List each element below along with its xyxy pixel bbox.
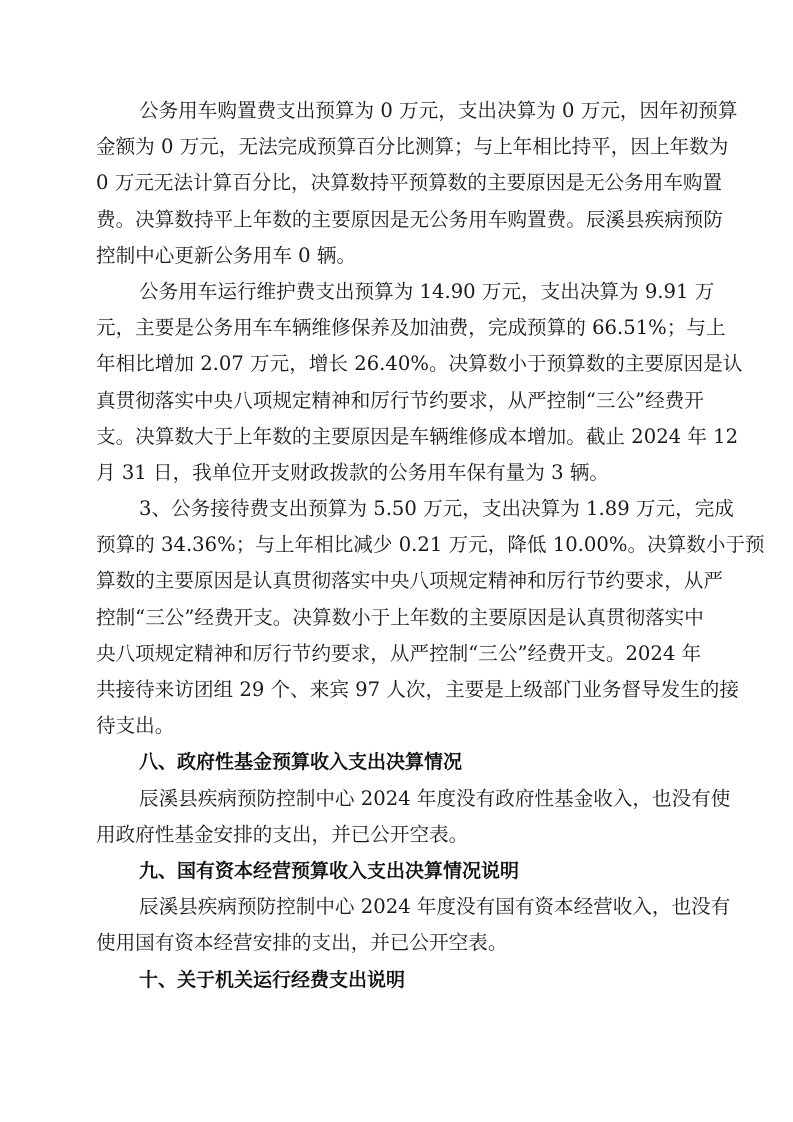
paragraph-vehicle-purchase: 公务用车购置费支出预算为 0 万元，支出决算为 0 万元，因年初预算 金额为 0…	[96, 93, 698, 274]
text-line: 控制“三公”经费开支。决算数小于上年数的主要原因是认真贯彻落实中	[96, 600, 698, 636]
text-line: 用政府性基金安排的支出，并已公开空表。	[96, 817, 698, 853]
paragraph-state-capital: 辰溪县疾病预防控制中心 2024 年度没有国有资本经营收入，也没有 使用国有资本…	[96, 889, 698, 961]
text-line: 辰溪县疾病预防控制中心 2024 年度没有政府性基金收入，也没有使	[96, 781, 698, 817]
text-line: 使用国有资本经营安排的支出，并已公开空表。	[96, 925, 698, 961]
text-line: 公务用车运行维护费支出预算为 14.90 万元，支出决算为 9.91 万	[96, 274, 698, 310]
text-line: 费。决算数持平上年数的主要原因是无公务用车购置费。辰溪县疾病预防	[96, 202, 698, 238]
text-line: 真贯彻落实中央八项规定精神和厉行节约要求，从严控制“三公”经费开	[96, 383, 698, 419]
paragraph-government-fund: 辰溪县疾病预防控制中心 2024 年度没有政府性基金收入，也没有使 用政府性基金…	[96, 781, 698, 853]
text-line: 央八项规定精神和厉行节约要求，从严控制“三公”经费开支。2024 年	[96, 636, 698, 672]
section-heading-8: 八、政府性基金预算收入支出决算情况	[96, 744, 698, 780]
text-line: 控制中心更新公务用车 0 辆。	[96, 238, 698, 274]
section-heading-10: 十、关于机关运行经费支出说明	[96, 962, 698, 998]
text-line: 金额为 0 万元，无法完成预算百分比测算；与上年相比持平，因上年数为	[96, 129, 698, 165]
text-line: 0 万元无法计算百分比，决算数持平预算数的主要原因是无公务用车购置	[96, 165, 698, 201]
text-line: 待支出。	[96, 708, 698, 744]
text-line: 算数的主要原因是认真贯彻落实中央八项规定精神和厉行节约要求，从严	[96, 563, 698, 599]
paragraph-vehicle-maintenance: 公务用车运行维护费支出预算为 14.90 万元，支出决算为 9.91 万 元，主…	[96, 274, 698, 491]
text-line: 3、公务接待费支出预算为 5.50 万元，支出决算为 1.89 万元，完成	[96, 491, 698, 527]
text-line: 支。决算数大于上年数的主要原因是车辆维修成本增加。截止 2024 年 12	[96, 419, 698, 455]
text-line: 共接待来访团组 29 个、来宾 97 人次，主要是上级部门业务督导发生的接	[96, 672, 698, 708]
text-line: 预算的 34.36%；与上年相比减少 0.21 万元，降低 10.00%。决算数…	[96, 527, 698, 563]
document-page: 公务用车购置费支出预算为 0 万元，支出决算为 0 万元，因年初预算 金额为 0…	[96, 93, 698, 998]
text-line: 月 31 日，我单位开支财政拨款的公务用车保有量为 3 辆。	[96, 455, 698, 491]
text-line: 辰溪县疾病预防控制中心 2024 年度没有国有资本经营收入，也没有	[96, 889, 698, 925]
text-line: 元，主要是公务用车车辆维修保养及加油费，完成预算的 66.51%；与上	[96, 310, 698, 346]
text-line: 公务用车购置费支出预算为 0 万元，支出决算为 0 万元，因年初预算	[96, 93, 698, 129]
text-line: 年相比增加 2.07 万元，增长 26.40%。决算数小于预算数的主要原因是认	[96, 346, 698, 382]
section-heading-9: 九、国有资本经营预算收入支出决算情况说明	[96, 853, 698, 889]
paragraph-reception-expenses: 3、公务接待费支出预算为 5.50 万元，支出决算为 1.89 万元，完成 预算…	[96, 491, 698, 744]
